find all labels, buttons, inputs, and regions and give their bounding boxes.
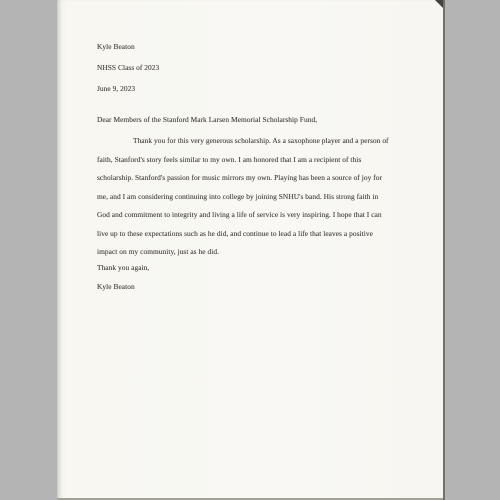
body-line: God and commitment to integrity and livi…	[97, 206, 389, 225]
body-line: faith, Stanford's story feels similar to…	[97, 151, 389, 170]
scanner-background: Kyle Beaton NHSS Class of 2023 June 9, 2…	[0, 0, 500, 500]
letter-closing: Thank you again, Kyle Beaton	[97, 259, 149, 296]
letter-page: Kyle Beaton NHSS Class of 2023 June 9, 2…	[57, 0, 445, 500]
sender-name: Kyle Beaton	[97, 36, 159, 57]
closing-line: Thank you again,	[97, 259, 149, 278]
letter-header: Kyle Beaton NHSS Class of 2023 June 9, 2…	[97, 36, 159, 99]
letter-date: June 9, 2023	[97, 78, 159, 99]
sender-affiliation: NHSS Class of 2023	[97, 57, 159, 78]
salutation: Dear Members of the Stanford Mark Larsen…	[97, 114, 317, 126]
signature-name: Kyle Beaton	[97, 278, 149, 297]
body-line: me, and I am considering continuing into…	[97, 188, 389, 207]
body-line: live up to these expectations such as he…	[97, 225, 389, 244]
body-paragraph: Thank you for this very generous scholar…	[97, 132, 389, 262]
page-corner-mark	[435, 0, 443, 8]
body-line: scholarship. Stanford's passion for musi…	[97, 169, 389, 188]
body-line: Thank you for this very generous scholar…	[97, 132, 389, 151]
